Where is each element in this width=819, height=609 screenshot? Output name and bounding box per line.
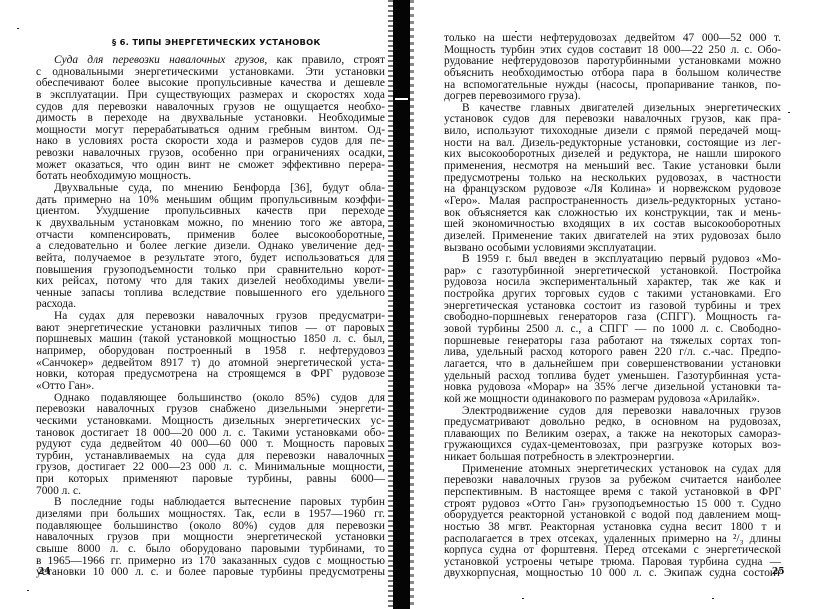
text-line: «Отто Ган». (36, 381, 385, 393)
left-page: § 6. ТИПЫ ЭНЕРГЕТИЧЕСКИХ УСТАНОВОК Суда … (0, 0, 393, 609)
text-line: к двухвальным установкам можно, по мнени… (36, 218, 385, 230)
text-line: ческими установками. Мощность дизельных … (36, 416, 385, 428)
text-line: применения, несмотря на меньший вес. Так… (444, 161, 781, 173)
text-line: Двухвальные суда, по мнению Бенфорда [36… (36, 183, 385, 195)
text-line: только на шести нефтерудовозах дедвейтом… (444, 33, 781, 45)
text-line: лагается, что в дальнейшем при совершенс… (444, 359, 781, 371)
text-line: никает большая потребность в электроэнер… (444, 452, 781, 464)
right-page-body: только на шести нефтерудовозах дедвейтом… (444, 33, 781, 580)
text-line: ностью 38 мгвт. Реакторная установка суд… (444, 522, 781, 534)
text-line: На судах для перевозки навалочных грузов… (36, 311, 385, 323)
text-line: при которых применяют паровые турбины, р… (36, 474, 385, 486)
text-line: Суда для перевозки навалочных грузов, ка… (36, 55, 385, 67)
scan-speck (522, 598, 524, 599)
text-line: например, оборудован построенный в 1958 … (36, 346, 385, 358)
book-gutter (393, 0, 410, 609)
text-line: кой же мощности одинакового по размерам … (444, 394, 781, 406)
text-line: в эксплуатации. При существующих размера… (36, 90, 385, 102)
scan-speck (712, 598, 714, 599)
text-line: «Геро». Малая распространенность дизель-… (444, 196, 781, 208)
section-heading: § 6. ТИПЫ ЭНЕРГЕТИЧЕСКИХ УСТАНОВОК (112, 37, 312, 47)
scan-speck (788, 112, 790, 113)
text-line: вейта, получаемое в результате этого, бу… (36, 253, 385, 265)
text-line: двухкорпусная, мощностью 10 000 л. с. Эк… (444, 568, 781, 580)
text-line: ченные запасы топлива вследствие повышен… (36, 288, 385, 300)
text-line: свыше 8000 л. с. было оборудовано паровы… (36, 544, 385, 556)
text-line: установки 10 000 л. с. и более паровые т… (36, 567, 385, 579)
text-line: объяснить необходимостью отбора пара в б… (444, 68, 781, 80)
left-page-body: Суда для перевозки навалочных грузов, ка… (36, 55, 385, 579)
text-line: зовой турбины 2500 л. с., а СПГГ — по 10… (444, 324, 781, 336)
scan-speck (17, 28, 19, 29)
gutter-speck (395, 98, 408, 100)
text-line: перспективным. В настоящее время с такой… (444, 487, 781, 499)
text-line: постройка других торговых судов с такими… (444, 289, 781, 301)
text-line: дизелями при больших мощностях. Так, есл… (36, 509, 385, 521)
scan-speck (27, 590, 29, 591)
text-line: дизелей. Применение таких двигателей на … (444, 231, 781, 243)
page-number-left: 24 (38, 567, 51, 577)
